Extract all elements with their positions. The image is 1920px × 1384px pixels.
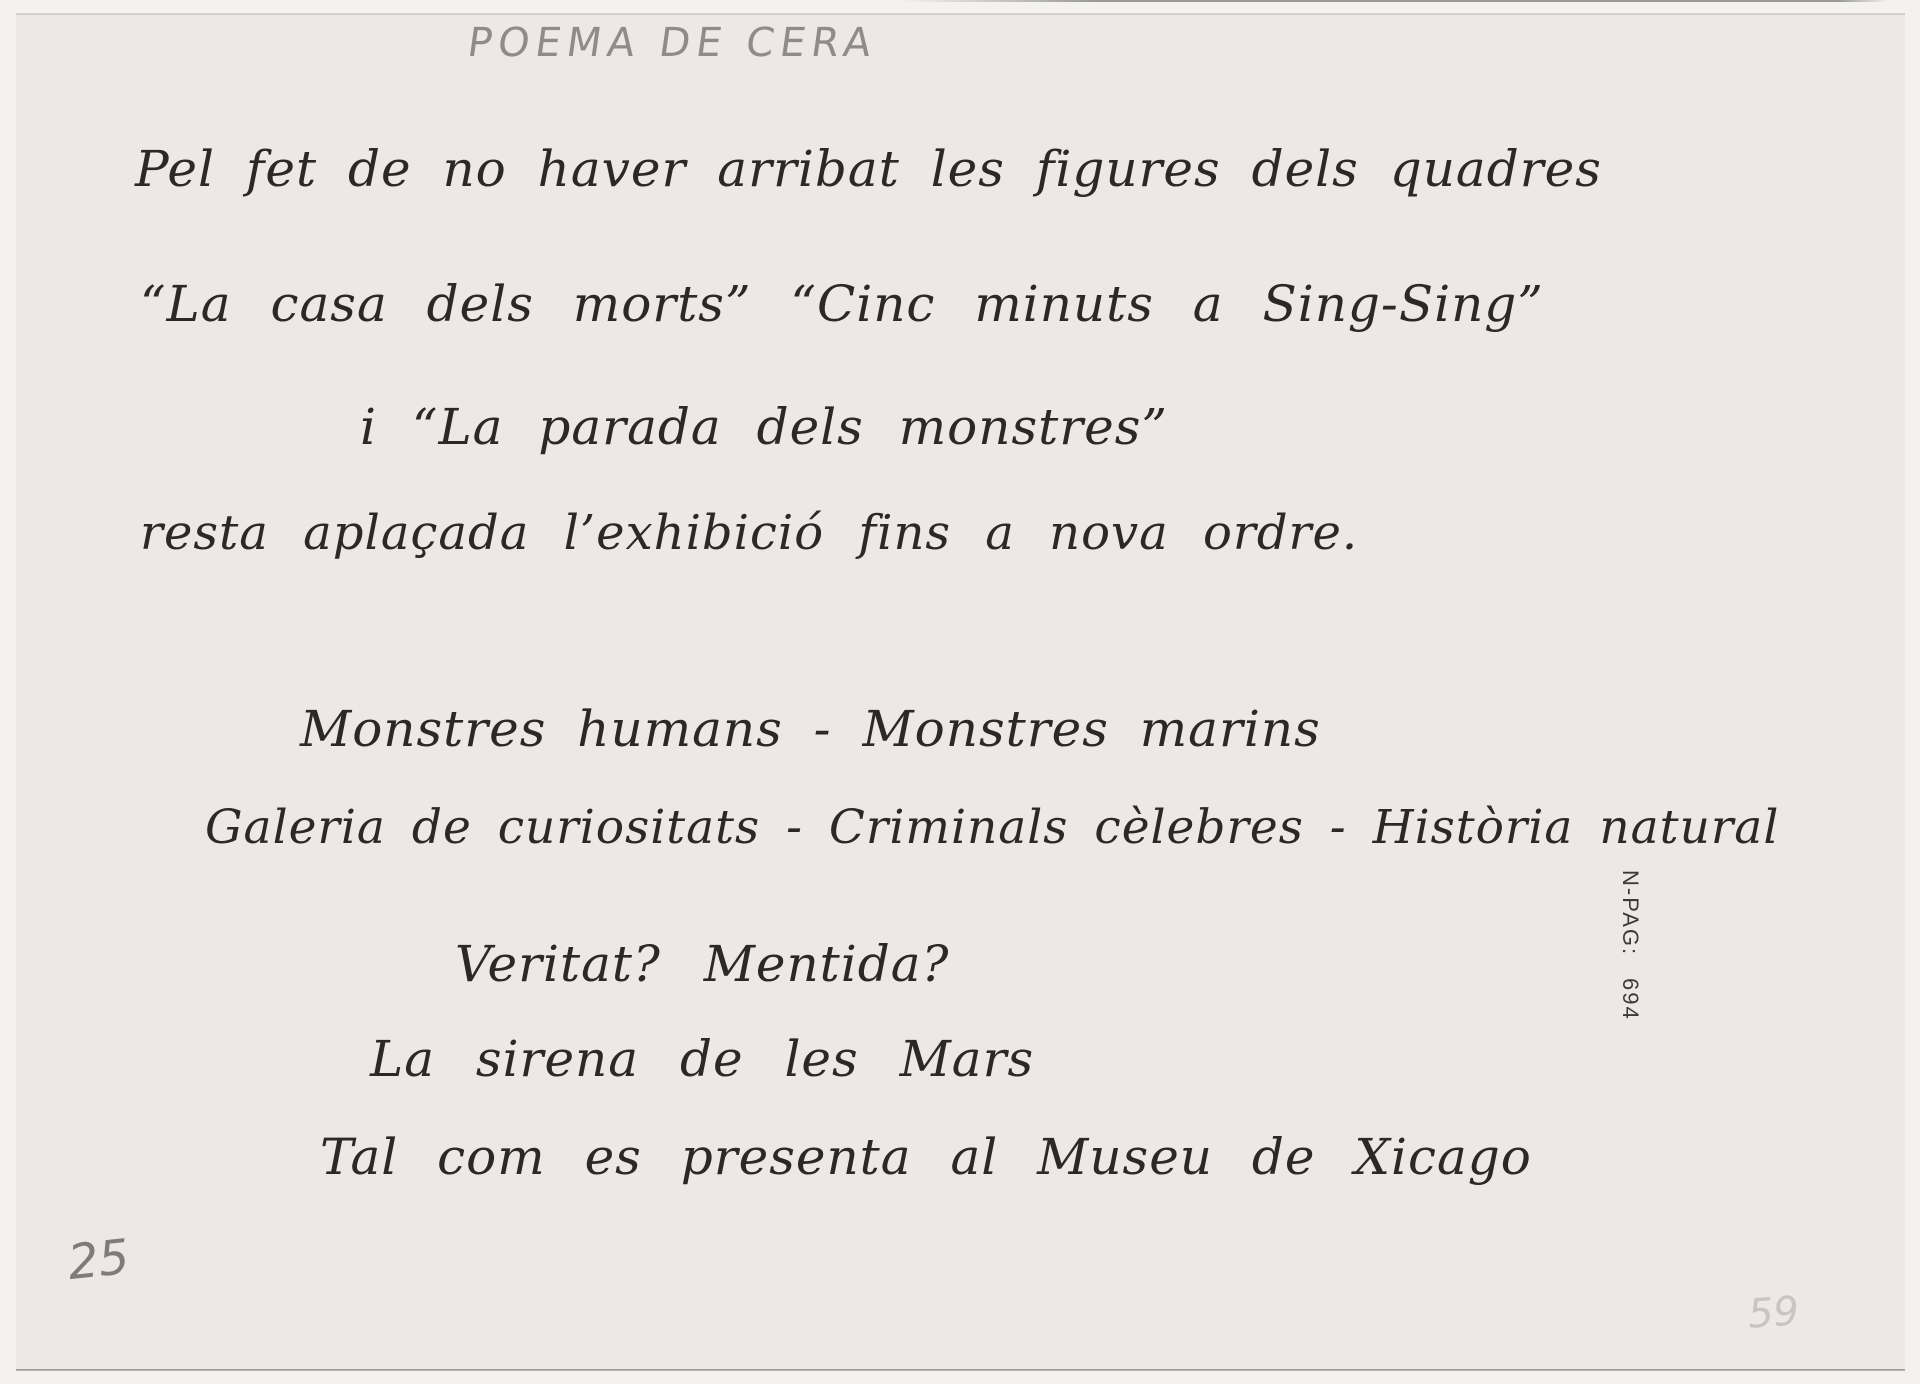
poem-line-7: Veritat? Mentida? (455, 935, 949, 993)
poem-line-9: Tal com es presenta al Museu de Xicago (320, 1128, 1532, 1186)
poem-line-4: resta aplaçada l’exhibició fins a nova o… (140, 505, 1358, 561)
stamp-number: 694 (1617, 978, 1643, 1021)
margin-number-bottom-left: 25 (65, 1229, 132, 1291)
poem-line-1: Pel fet de no haver arribat les figures … (135, 140, 1602, 198)
stamp-label: N-PAG: (1617, 870, 1643, 956)
poem-line-3: i “La parada dels monstres” (360, 398, 1168, 456)
page-stamp: N-PAG: 694 (1610, 870, 1650, 1070)
poem-line-5: Monstres humans - Monstres marins (300, 700, 1321, 758)
paper-edge-shadow (900, 0, 1888, 2)
margin-number-bottom-right: 59 (1746, 1288, 1800, 1337)
poem-line-2: “La casa dels morts” “Cinc minuts a Sing… (140, 275, 1544, 333)
page-title: POEMA DE CERA (465, 20, 880, 66)
poem-line-8: La sirena de les Mars (370, 1030, 1034, 1088)
poem-line-6: Galeria de curiositats - Criminals cèleb… (205, 800, 1779, 855)
